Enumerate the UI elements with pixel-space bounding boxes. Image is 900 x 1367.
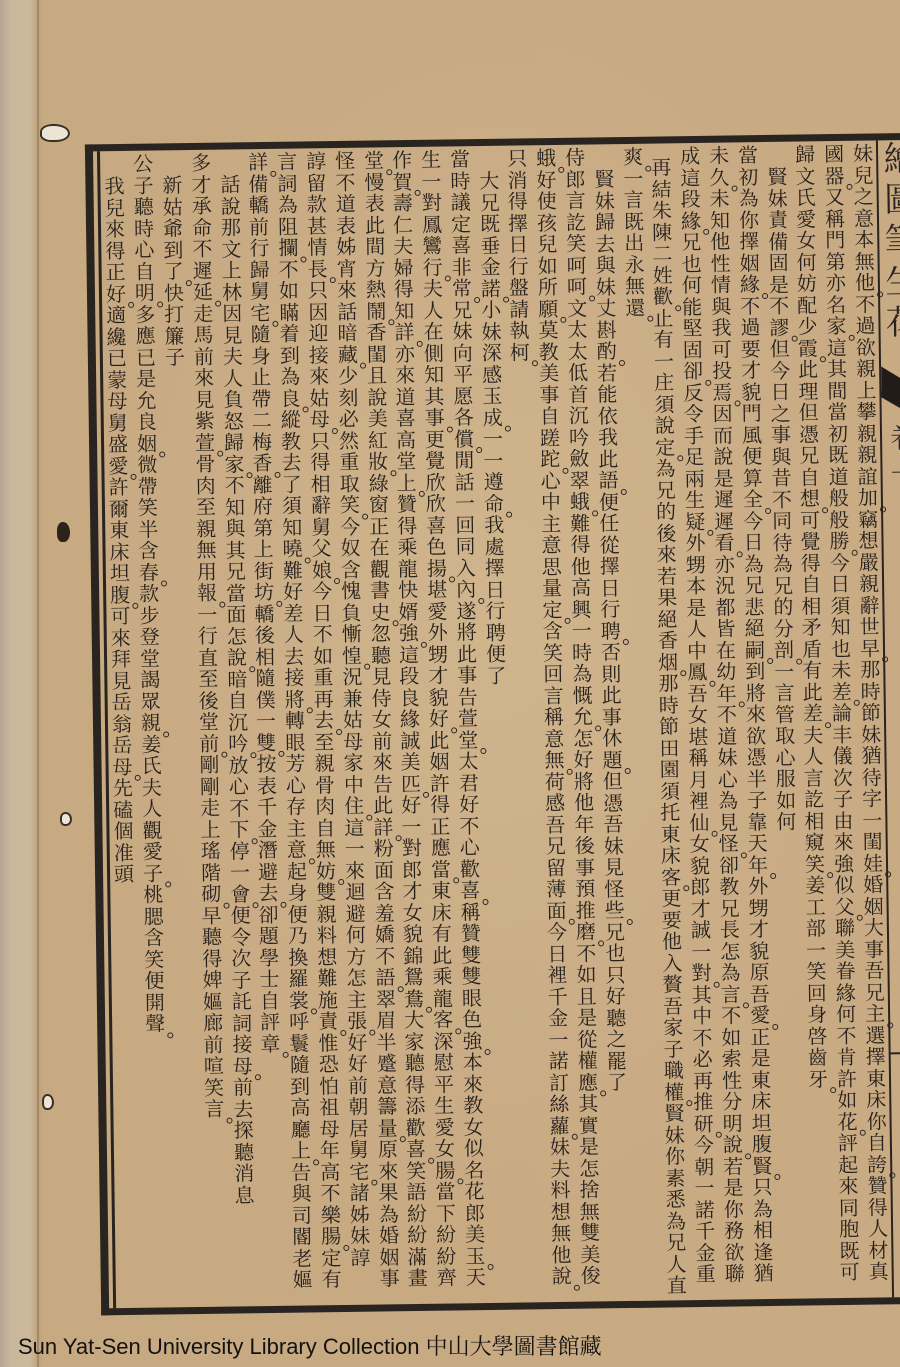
glyph: 題: [257, 926, 281, 948]
glyph: 窺: [803, 832, 827, 854]
glyph: 只: [750, 1177, 774, 1199]
glyph: 如: [277, 281, 301, 303]
glyph: 休: [600, 728, 624, 750]
punctuation-circle: [276, 600, 282, 606]
glyph: 與: [289, 1183, 313, 1205]
glyph: 為: [570, 663, 594, 685]
glyph: 國: [822, 144, 846, 166]
punctuation-circle: [309, 858, 315, 864]
glyph: 行: [247, 238, 271, 260]
glyph: 是: [134, 369, 158, 391]
glyph: 不: [715, 704, 739, 726]
glyph: 母: [308, 409, 332, 431]
glyph: 朱: [650, 200, 674, 222]
glyph: 了: [162, 261, 186, 283]
glyph: 愛: [748, 1005, 772, 1027]
punctuation-circle: [880, 506, 886, 512]
glyph: 愧: [339, 581, 363, 603]
glyph: 新: [160, 175, 184, 197]
glyph: 承: [190, 196, 214, 218]
glyph: 負: [221, 389, 245, 411]
glyph: 但: [601, 771, 625, 793]
glyph: 原: [376, 1139, 400, 1161]
punctuation-circle: [569, 919, 575, 925]
glyph: 笑: [136, 498, 160, 520]
glyph: 年: [318, 1140, 342, 1162]
glyph: 詳: [392, 322, 416, 344]
punctuation-circle: [386, 169, 392, 175]
glyph: 人: [282, 624, 306, 646]
glyph: 歸: [222, 432, 246, 454]
glyph: 了: [484, 665, 508, 687]
glyph: 強: [397, 623, 421, 645]
glyph: 報: [195, 583, 219, 605]
glyph: 人: [685, 619, 709, 641]
glyph: 當: [448, 149, 472, 171]
punctuation-circle: [415, 190, 421, 196]
punctuation-circle: [820, 356, 826, 362]
glyph: 鳳: [685, 662, 709, 684]
punctuation-circle: [677, 455, 683, 461]
glyph: 感: [543, 793, 567, 815]
glyph: 眷: [833, 961, 857, 983]
glyph: 當: [826, 402, 850, 424]
glyph: 為: [737, 188, 761, 210]
punctuation-circle: [419, 491, 425, 497]
glyph: 隨: [253, 668, 277, 690]
punctuation-circle: [252, 902, 258, 908]
glyph: 須: [280, 495, 304, 517]
glyph: 閒: [452, 450, 476, 472]
glyph: 去: [312, 710, 336, 732]
glyph: 重: [311, 667, 335, 689]
glyph: 但: [797, 402, 821, 424]
glyph: 肉: [313, 796, 337, 818]
glyph: 有: [800, 660, 824, 682]
glyph: 之: [852, 186, 876, 208]
glyph: 賢: [765, 167, 789, 189]
glyph: 因: [220, 303, 244, 325]
punctuation-circle: [739, 701, 745, 707]
glyph: 心: [132, 240, 156, 262]
glyph: 許: [107, 477, 131, 499]
punctuation-circle: [745, 1153, 751, 1159]
punctuation-circle: [371, 1180, 377, 1186]
glyph: 有: [430, 923, 454, 945]
glyph: 日: [828, 574, 852, 596]
punctuation-circle: [619, 359, 625, 365]
punctuation-circle: [186, 280, 192, 286]
punctuation-circle: [280, 901, 286, 907]
glyph: 評: [836, 1133, 860, 1155]
glyph: 日: [506, 234, 530, 256]
glyph: 看: [712, 532, 736, 554]
glyph: 曉: [280, 538, 304, 560]
glyph: 紛: [405, 1225, 429, 1247]
punctuation-circle: [770, 873, 776, 879]
punctuation-circle: [364, 664, 370, 670]
glyph: 辭: [309, 495, 333, 517]
glyph: 妹: [450, 321, 474, 343]
punctuation-circle: [336, 728, 342, 734]
glyph: 自: [799, 574, 823, 596]
glyph: 內: [454, 579, 478, 601]
glyph: 心: [458, 837, 482, 859]
glyph: 聽: [403, 1053, 427, 1075]
glyph: 一: [481, 429, 505, 451]
glyph: 事: [423, 407, 447, 429]
glyph: 行: [196, 626, 220, 648]
glyph: 款: [137, 583, 161, 605]
punctuation-circle: [647, 316, 653, 322]
glyph: 緣: [398, 709, 422, 731]
glyph: 我: [709, 317, 733, 339]
punctuation-circle: [825, 722, 831, 728]
glyph: 色: [460, 1009, 484, 1031]
glyph: 行: [598, 599, 622, 621]
glyph: 女: [433, 1138, 457, 1160]
punctuation-circle: [482, 898, 488, 904]
punctuation-circle: [159, 451, 165, 457]
punctuation-circle: [447, 426, 453, 432]
glyph: 雙: [459, 966, 483, 988]
punctuation-circle: [712, 831, 718, 837]
glyph: 接: [282, 667, 306, 689]
punctuation-circle: [274, 471, 280, 477]
glyph: 鴛: [401, 967, 425, 989]
glyph: 岳: [110, 692, 134, 714]
glyph: 生: [432, 1095, 456, 1117]
glyph: 得: [568, 534, 592, 556]
glyph: 議: [449, 192, 473, 214]
glyph: 含: [541, 621, 565, 643]
glyph: 對: [689, 963, 713, 985]
glyph: 薄: [544, 879, 568, 901]
glyph: 亦: [824, 273, 848, 295]
glyph: 至: [196, 669, 220, 691]
glyph: 一: [228, 862, 252, 884]
glyph: 猶: [859, 745, 883, 767]
glyph: 更: [659, 888, 683, 910]
glyph: 贊: [865, 1175, 889, 1197]
glyph: 閨: [861, 831, 885, 853]
punctuation-circle: [560, 317, 566, 323]
glyph: 段: [397, 666, 421, 688]
glyph: 不: [719, 1005, 743, 1027]
glyph: 語: [596, 470, 620, 492]
glyph: 蹙: [375, 1053, 399, 1075]
punctuation-circle: [161, 580, 167, 586]
glyph: 為: [771, 554, 795, 576]
library-watermark: Sun Yat-Sen University Library Collectio…: [18, 1330, 602, 1361]
glyph: 裡: [687, 791, 711, 813]
punctuation-circle: [455, 1028, 461, 1034]
punctuation-circle: [765, 507, 771, 513]
glyph: 矛: [800, 617, 824, 639]
glyph: 了: [605, 1072, 629, 1094]
glyph: 先: [111, 778, 135, 800]
glyph: 高: [288, 1097, 312, 1119]
glyph: 歡: [651, 286, 675, 308]
glyph: 想: [798, 488, 822, 510]
punctuation-circle: [334, 578, 340, 584]
glyph: 女: [686, 705, 710, 727]
glyph: 有: [320, 1269, 344, 1291]
glyph: 生: [419, 150, 443, 172]
glyph: 中: [539, 492, 563, 514]
glyph: 行: [483, 601, 507, 623]
glyph: 教: [717, 876, 741, 898]
glyph: 丈: [594, 298, 618, 320]
glyph: 諸: [347, 1183, 371, 1205]
glyph: 兒: [535, 234, 559, 256]
text-column: 大兄既垂金諾小妹深感玉成一一遵命我處擇日行聘便了: [477, 171, 508, 687]
fish-tail-mark: [881, 366, 900, 416]
punctuation-circle: [882, 656, 888, 662]
glyph: 東: [107, 520, 131, 542]
punctuation-circle: [478, 597, 484, 603]
punctuation-circle: [714, 981, 720, 987]
punctuation-circle: [854, 700, 860, 706]
glyph: 來: [655, 544, 679, 566]
glyph: 千: [255, 797, 279, 819]
glyph: 說: [653, 415, 677, 437]
glyph: 道: [334, 194, 358, 216]
glyph: 堅: [680, 318, 704, 340]
glyph: 千: [693, 1221, 717, 1243]
glyph: 慰: [432, 1052, 456, 1074]
glyph: 堪: [425, 579, 449, 601]
glyph: 正: [104, 262, 128, 284]
glyph: 後: [253, 625, 277, 647]
glyph: 乘: [395, 537, 419, 559]
glyph: 喧: [202, 1056, 226, 1078]
glyph: 言: [202, 1099, 226, 1121]
glyph: 親: [857, 573, 881, 595]
glyph: 下: [227, 819, 251, 841]
glyph: 雙: [314, 882, 338, 904]
glyph: 人: [801, 746, 825, 768]
glyph: 床: [749, 1091, 773, 1113]
punctuation-circle: [390, 470, 396, 476]
glyph: 大: [477, 171, 501, 193]
glyph: 妹: [548, 1137, 572, 1159]
glyph: 是: [577, 1136, 601, 1158]
punctuation-circle: [506, 512, 512, 518]
punctuation-circle: [743, 1002, 749, 1008]
glyph: 得: [392, 279, 416, 301]
glyph: 知: [422, 364, 446, 386]
glyph: 何: [834, 1004, 858, 1026]
glyph: 二: [650, 243, 674, 265]
glyph: 款: [305, 194, 329, 216]
punctuation-circle: [226, 1117, 232, 1123]
glyph: 真: [867, 1261, 891, 1283]
glyph: 舅: [347, 1140, 371, 1162]
glyph: 按: [254, 754, 278, 776]
glyph: 你: [663, 1146, 687, 1168]
glyph: 吾: [601, 814, 625, 836]
punctuation-circle: [128, 302, 134, 308]
glyph: 同: [770, 511, 794, 533]
glyph: 縱: [279, 410, 303, 432]
glyph: 住: [342, 796, 366, 818]
glyph: 我: [482, 515, 506, 537]
punctuation-circle: [307, 707, 313, 713]
glyph: 忽: [369, 623, 393, 645]
glyph: 歸: [593, 212, 617, 234]
glyph: 令: [682, 404, 706, 426]
glyph: 長: [718, 919, 742, 941]
glyph: 萱: [456, 708, 480, 730]
glyph: 來: [103, 219, 127, 241]
glyph: 字: [860, 788, 884, 810]
glyph: 貌: [401, 924, 425, 946]
glyph: 郎: [688, 877, 712, 899]
glyph: 不: [190, 239, 214, 261]
punctuation-circle: [303, 406, 309, 412]
glyph: 小: [479, 300, 503, 322]
punctuation-circle: [857, 915, 863, 921]
glyph: 骨: [193, 454, 217, 476]
punctuation-circle: [417, 340, 423, 346]
glyph: 一: [570, 620, 594, 642]
glyph: 差: [801, 703, 825, 725]
glyph: 知: [829, 617, 853, 639]
glyph: 悉: [664, 1189, 688, 1211]
glyph: 好: [281, 581, 305, 603]
glyph: 肯: [835, 1047, 859, 1069]
glyph: 接: [230, 1034, 254, 1056]
glyph: 外: [746, 876, 770, 898]
glyph: 東: [429, 880, 453, 902]
glyph: 喜: [449, 235, 473, 257]
glyph: 一: [453, 493, 477, 515]
glyph: 本: [684, 576, 708, 598]
glyph: 夫: [421, 279, 445, 301]
glyph: 轎: [247, 195, 271, 217]
glyph: 親: [139, 712, 163, 734]
glyph: 壽: [391, 193, 415, 215]
glyph: 一: [343, 839, 367, 861]
glyph: 眉: [374, 1010, 398, 1032]
glyph: 不: [318, 1183, 342, 1205]
glyph: 訖: [802, 789, 826, 811]
glyph: 吟: [226, 733, 250, 755]
glyph: 妝: [366, 451, 390, 473]
glyph: 去: [256, 883, 280, 905]
punctuation-circle: [278, 751, 284, 757]
punctuation-circle: [388, 319, 394, 325]
glyph: 其: [576, 1093, 600, 1115]
glyph: 料: [315, 925, 339, 947]
punctuation-circle: [847, 184, 853, 190]
glyph: 出: [622, 233, 646, 255]
glyph: 探: [232, 1120, 256, 1142]
glyph: 節: [657, 716, 681, 738]
glyph: 只: [505, 148, 529, 170]
glyph: 門: [740, 403, 764, 425]
glyph: 含: [136, 541, 160, 563]
glyph: 意: [539, 535, 563, 557]
glyph: 婢: [200, 970, 224, 992]
glyph: 來: [370, 752, 394, 774]
glyph: 他: [853, 272, 877, 294]
glyph: 今: [545, 922, 569, 944]
glyph: 各: [452, 407, 476, 429]
glyph: 到: [743, 661, 767, 683]
glyph: 床: [864, 1089, 888, 1111]
punctuation-circle: [426, 1007, 432, 1013]
punctuation-circle: [132, 603, 138, 609]
glyph: 奴: [338, 538, 362, 560]
glyph: 謁: [138, 669, 162, 691]
glyph: 教: [461, 1095, 485, 1117]
punctuation-circle: [532, 360, 538, 366]
glyph: 蛾: [568, 491, 592, 513]
glyph: 延: [191, 282, 215, 304]
punctuation-circle: [311, 1008, 317, 1014]
glyph: 在: [367, 537, 391, 559]
punctuation-circle: [703, 229, 709, 235]
glyph: 本: [461, 1052, 485, 1074]
glyph: 想: [856, 530, 880, 552]
text-column: 爽一言既出永無還: [621, 147, 647, 319]
glyph: 便: [229, 905, 253, 927]
glyph: 憑: [744, 747, 768, 769]
frame-bottom-border: [101, 1297, 900, 1316]
punctuation-circle: [250, 752, 256, 758]
glyph: 論: [830, 703, 854, 725]
glyph: 今: [310, 581, 334, 603]
glyph: 裡: [545, 965, 569, 987]
glyph: 些: [602, 900, 626, 922]
punctuation-circle: [398, 986, 404, 992]
glyph: 事: [455, 665, 479, 687]
glyph: 好: [399, 795, 423, 817]
glyph: 慚: [340, 624, 364, 646]
glyph: 好: [457, 794, 481, 816]
glyph: 侍: [563, 148, 587, 170]
glyph: 料: [548, 1180, 572, 1202]
punctuation-circle: [762, 292, 768, 298]
punctuation-circle: [338, 879, 344, 885]
punctuation-circle: [885, 871, 891, 877]
glyph: 無: [623, 276, 647, 298]
glyph: 齊: [435, 1267, 459, 1289]
glyph: 登: [138, 626, 162, 648]
glyph: 來: [744, 704, 768, 726]
glyph: 事: [378, 1268, 402, 1290]
glyph: 後: [573, 835, 597, 857]
glyph: 盤: [507, 277, 531, 299]
glyph: 無: [549, 1223, 573, 1245]
punctuation-circle: [877, 291, 883, 297]
glyph: 爺: [161, 218, 185, 240]
punctuation-circle: [505, 426, 511, 432]
glyph: 職: [662, 1060, 686, 1082]
text-frame: 繪圖筆生花 卷一 妹兒之意本無他不過欲親上攀親親誼加竊想嚴親辭世早那時節妹猶待字…: [0, 0, 900, 1367]
glyph: 怪: [717, 833, 741, 855]
punctuation-circle: [675, 305, 681, 311]
glyph: 儀: [830, 746, 854, 768]
glyph: 所: [536, 277, 560, 299]
glyph: 消: [232, 1163, 256, 1185]
glyph: 託: [230, 991, 254, 1013]
glyph: 此: [796, 359, 820, 381]
glyph: 適: [104, 305, 128, 327]
glyph: 此: [371, 795, 395, 817]
